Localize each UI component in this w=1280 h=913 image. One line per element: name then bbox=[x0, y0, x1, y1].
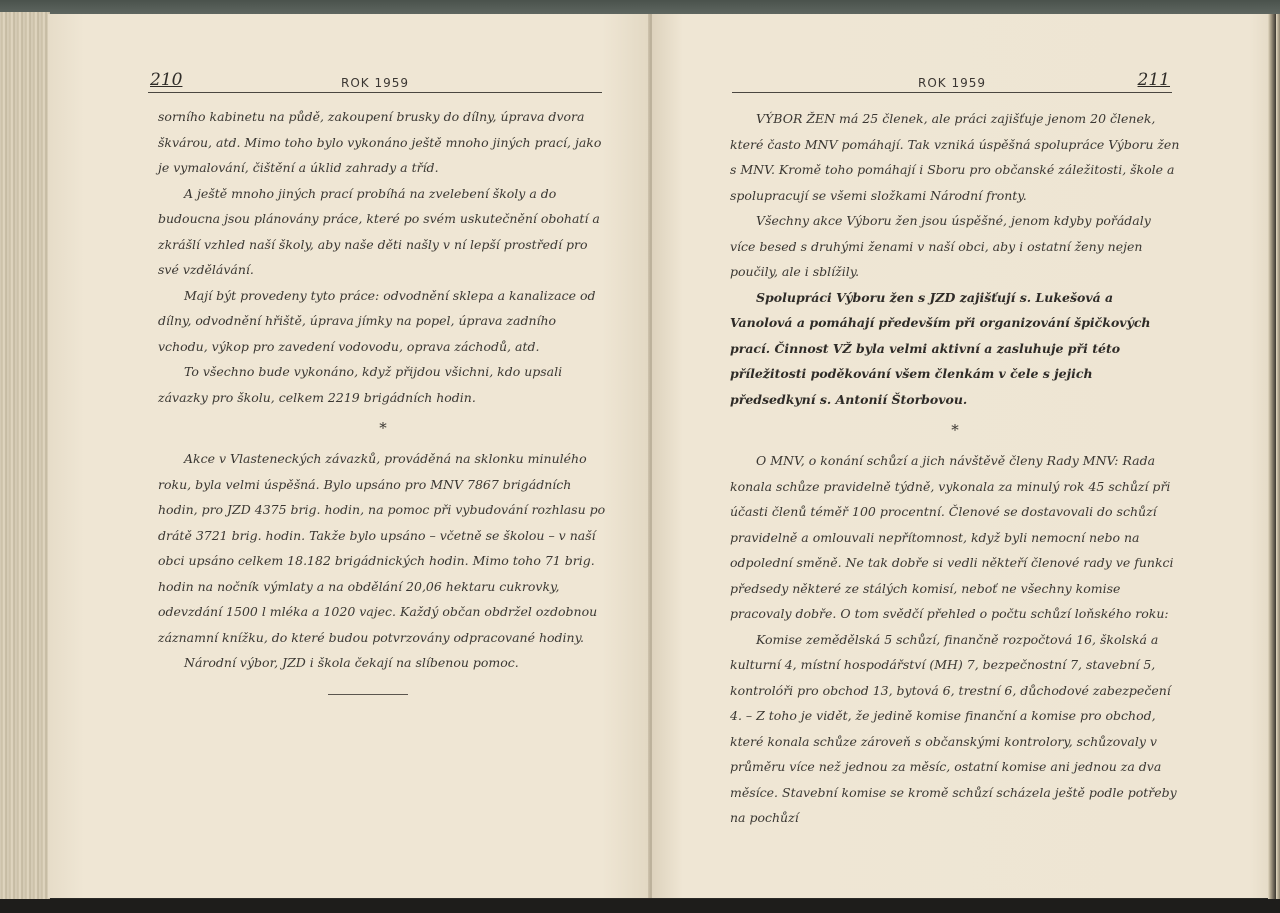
closing-divider-line bbox=[328, 694, 408, 696]
paragraph: VÝBOR ŽEN má 25 členek, ale práci zajišť… bbox=[730, 106, 1180, 208]
paragraph: Národní výbor, JZD i škola čekají na slí… bbox=[158, 650, 608, 676]
page-number: 211 bbox=[1138, 70, 1170, 90]
left-page: 210 ROK 1959 sorního kabinetu na půdě, z… bbox=[48, 14, 650, 898]
paragraph: sorního kabinetu na půdě, zakoupení brus… bbox=[158, 104, 608, 181]
paragraph: Akce v Vlasteneckých závazků, prováděná … bbox=[158, 446, 608, 650]
section-separator-asterisk: * bbox=[730, 416, 1180, 444]
section-separator-asterisk: * bbox=[158, 414, 608, 442]
page-stack-left-edge bbox=[0, 12, 50, 900]
left-page-body: sorního kabinetu na půdě, zakoupení brus… bbox=[158, 104, 608, 695]
left-page-header: 210 ROK 1959 bbox=[148, 58, 602, 93]
scanner-bottom-edge bbox=[0, 899, 1280, 913]
right-page: ROK 1959 211 VÝBOR ŽEN má 25 členek, ale… bbox=[652, 14, 1268, 898]
page-header-title: ROK 1959 bbox=[732, 76, 1172, 90]
paragraph: Mají být provedeny tyto práce: odvodnění… bbox=[158, 283, 608, 360]
paragraph: O MNV, o konání schůzí a jich návštěvě č… bbox=[730, 448, 1180, 627]
page-header-title: ROK 1959 bbox=[148, 76, 602, 90]
paragraph: To všechno bude vykonáno, když přijdou v… bbox=[158, 359, 608, 410]
paragraph: Spolupráci Výboru žen s JZD zajišťují s.… bbox=[730, 285, 1180, 413]
paragraph: Všechny akce Výboru žen jsou úspěšné, je… bbox=[730, 208, 1180, 285]
paragraph: Komise zemědělská 5 schůzí, finančně roz… bbox=[730, 627, 1180, 831]
right-page-body: VÝBOR ŽEN má 25 členek, ale práci zajišť… bbox=[730, 106, 1180, 831]
paragraph: A ještě mnoho jiných prací probíhá na zv… bbox=[158, 181, 608, 283]
page-stack-right-edge bbox=[1268, 14, 1280, 900]
scanner-top-edge bbox=[0, 0, 1280, 14]
right-page-header: ROK 1959 211 bbox=[732, 58, 1172, 93]
